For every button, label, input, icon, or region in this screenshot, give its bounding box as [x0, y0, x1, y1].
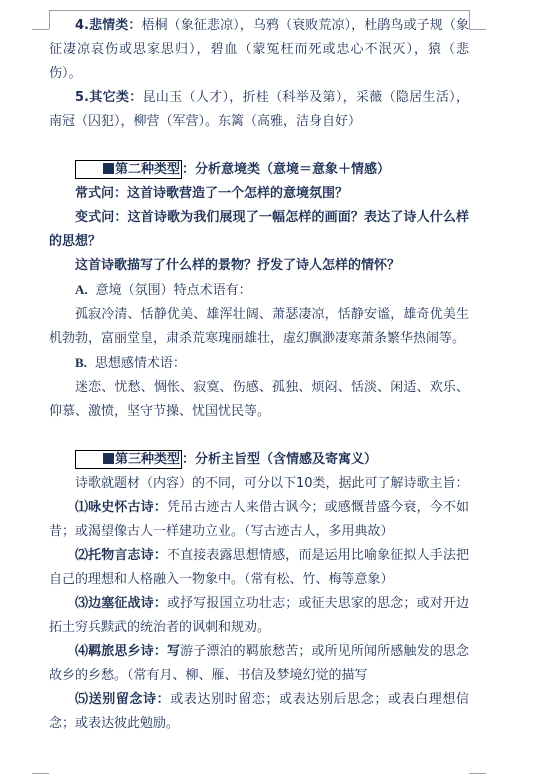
page-corner-mark	[469, 10, 470, 29]
document-page: 4.悲情类：梧桐（象征悲凉），乌鸦（衰败荒凉），杜鹃鸟或子规（象征凄凉哀伤或思家…	[49, 14, 469, 736]
page-corner-mark	[32, 29, 49, 30]
section-2-heading: 第二种类型：分析意境类（意境＝意象＋情感）	[49, 158, 469, 182]
subheading-a: A.意境（氛围）特点术语有：	[49, 278, 469, 303]
page-corner-mark	[469, 773, 486, 774]
list-item: ⑸送别留念诗：或表达别时留恋；或表达别后思念；或表白理想信念；或表达彼此勉励。	[49, 688, 469, 736]
section-label-box: 第二种类型	[75, 160, 182, 179]
square-bullet-icon	[103, 163, 114, 174]
paragraph-sad-category: 4.悲情类：梧桐（象征悲凉），乌鸦（衰败荒凉），杜鹃鸟或子规（象征凄凉哀伤或思家…	[49, 14, 469, 86]
list-item: ⑴咏史怀古诗：凭吊古迹古人来借古讽今；或感慨昔盛今衰，今不如昔；或渴望像古人一样…	[49, 496, 469, 544]
list-item: ⑷羁旅思乡诗：写游子漂泊的羁旅愁苦；或所见所闻所感触发的思念故乡的乡愁。（常有月…	[49, 640, 469, 688]
list-item: ⑵托物言志诗：不直接表露思想情感，而是运用比喻象征拟人手法把自己的理想和人格融入…	[49, 544, 469, 592]
terms-mood: 孤寂冷清、恬静优美、雄浑壮阔、萧瑟凄凉，恬静安谧，雄奇优美生机勃勃，富丽堂皇，肃…	[49, 303, 469, 351]
paragraph-other-category: 5.其它类：昆山玉（人才），折桂（科举及第），采薇（隐居生活），南冠（囚犯），柳…	[49, 86, 469, 134]
section-3-heading: 第三种类型：分析主旨型（含情感及寄寓义）	[49, 448, 469, 472]
question-standard: 常式问：这首诗歌营造了一个怎样的意境氛围？	[49, 182, 469, 206]
list-item: ⑶边塞征战诗：或抒写报国立功壮志；或征夫思家的思念；或对开边拓土穷兵黩武的统治者…	[49, 592, 469, 640]
page-top-border	[49, 10, 469, 11]
subheading-b: B.思想感情术语：	[49, 351, 469, 376]
page-corner-mark	[32, 773, 49, 774]
page-corner-mark	[469, 29, 486, 30]
question-variant-2: 这首诗歌描写了什么样的景物？抒发了诗人怎样的情怀？	[49, 254, 469, 278]
terms-emotion: 迷恋、忧愁、惆怅、寂寞、伤感、孤独、烦闷、恬淡、闲适、欢乐、仰慕、激愤，坚守节操…	[49, 376, 469, 424]
square-bullet-icon	[103, 453, 114, 464]
question-variant: 变式问：这首诗歌为我们展现了一幅怎样的画面？表达了诗人什么样的思想？	[49, 206, 469, 254]
section-label-box: 第三种类型	[75, 450, 182, 469]
section-3-intro: 诗歌就题材（内容）的不同，可分以下10类，据此可了解诗歌主旨：	[49, 472, 469, 496]
